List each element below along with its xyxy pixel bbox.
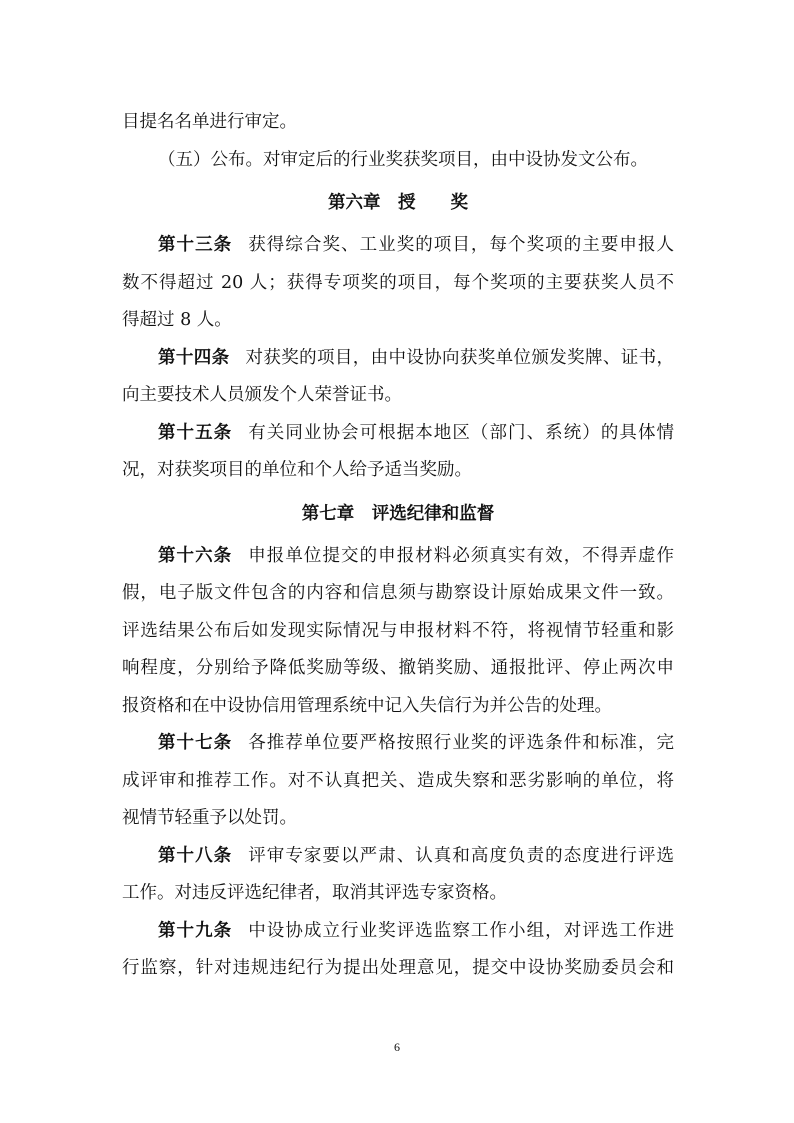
article-text: 向主要技术人员颁发个人荣誉证书。 xyxy=(122,377,674,415)
article-text: 假，电子版文件包含的内容和信息须与勘察设计原始成果文件一致。 xyxy=(122,575,674,613)
article-label: 第十七条 xyxy=(158,733,232,753)
article-text: 有关同业协会可根据本地区（部门、系统）的具体情 xyxy=(248,423,674,443)
article-text: 申报单位提交的申报材料必须真实有效，不得弄虚作 xyxy=(248,546,674,566)
article-label: 第十五条 xyxy=(158,423,232,443)
page-number: 6 xyxy=(0,1040,794,1055)
chapter-heading-6: 第六章 授 奖 xyxy=(122,179,674,227)
article-text: 各推荐单位要严格按照行业奖的评选条件和标准，完 xyxy=(248,733,674,753)
article-label: 第十八条 xyxy=(158,846,232,866)
article-label: 第十三条 xyxy=(158,235,232,255)
article-15: 第十五条有关同业协会可根据本地区（部门、系统）的具体情 况，对获奖项目的单位和个… xyxy=(122,415,674,490)
article-18: 第十八条评审专家要以严肃、认真和高度负责的态度进行评选 工作。对违反评选纪律者，… xyxy=(122,838,674,913)
article-19: 第十九条中设协成立行业奖评选监察工作小组，对评选工作进 行监察，针对违规违纪行为… xyxy=(122,913,674,988)
article-text: 对获奖的项目，由中设协向获奖单位颁发奖牌、证书， xyxy=(245,348,674,368)
article-text: 获得综合奖、工业奖的项目，每个奖项的主要申报人 xyxy=(248,235,674,255)
article-text: 报资格和在中设协信用管理系统中记入失信行为并公告的处理。 xyxy=(122,688,674,726)
article-14: 第十四条对获奖的项目，由中设协向获奖单位颁发奖牌、证书， 向主要技术人员颁发个人… xyxy=(122,340,674,415)
document-page: 目提名名单进行审定。 （五）公布。对审定后的行业奖获奖项目，由中设协发文公布。 … xyxy=(0,0,794,1123)
article-label: 第十九条 xyxy=(158,921,232,941)
article-text: 评审专家要以严肃、认真和高度负责的态度进行评选 xyxy=(248,846,674,866)
chapter-heading-7: 第七章 评选纪律和监督 xyxy=(122,490,674,538)
article-text: 数不得超过 20 人；获得专项奖的项目，每个奖项的主要获奖人员不 xyxy=(122,265,674,303)
article-text: 得超过 8 人。 xyxy=(122,302,674,340)
article-16: 第十六条申报单位提交的申报材料必须真实有效，不得弄虚作 假，电子版文件包含的内容… xyxy=(122,538,674,726)
article-13: 第十三条获得综合奖、工业奖的项目，每个奖项的主要申报人 数不得超过 20 人；获… xyxy=(122,227,674,340)
article-text: 中设协成立行业奖评选监察工作小组，对评选工作进 xyxy=(248,921,674,941)
article-17: 第十七条各推荐单位要严格按照行业奖的评选条件和标准，完 成评审和推荐工作。对不认… xyxy=(122,725,674,838)
paragraph-continuation: 目提名名单进行审定。 xyxy=(122,104,674,142)
article-text: 评选结果公布后如发现实际情况与申报材料不符，将视情节轻重和影 xyxy=(122,613,674,651)
article-text: 行监察，针对违规违纪行为提出处理意见，提交中设协奖励委员会和 xyxy=(122,950,674,988)
item-publish: （五）公布。对审定后的行业奖获奖项目，由中设协发文公布。 xyxy=(122,142,674,180)
article-text: 响程度，分别给予降低奖励等级、撤销奖励、通报批评、停止两次申 xyxy=(122,650,674,688)
page-body: 目提名名单进行审定。 （五）公布。对审定后的行业奖获奖项目，由中设协发文公布。 … xyxy=(122,104,674,988)
article-text: 况，对获奖项目的单位和个人给予适当奖励。 xyxy=(122,452,674,490)
article-text: 视情节轻重予以处罚。 xyxy=(122,800,674,838)
article-label: 第十六条 xyxy=(158,546,232,566)
article-label: 第十四条 xyxy=(158,348,229,368)
article-text: 成评审和推荐工作。对不认真把关、造成失察和恶劣影响的单位，将 xyxy=(122,763,674,801)
article-text: 工作。对违反评选纪律者，取消其评选专家资格。 xyxy=(122,875,674,913)
